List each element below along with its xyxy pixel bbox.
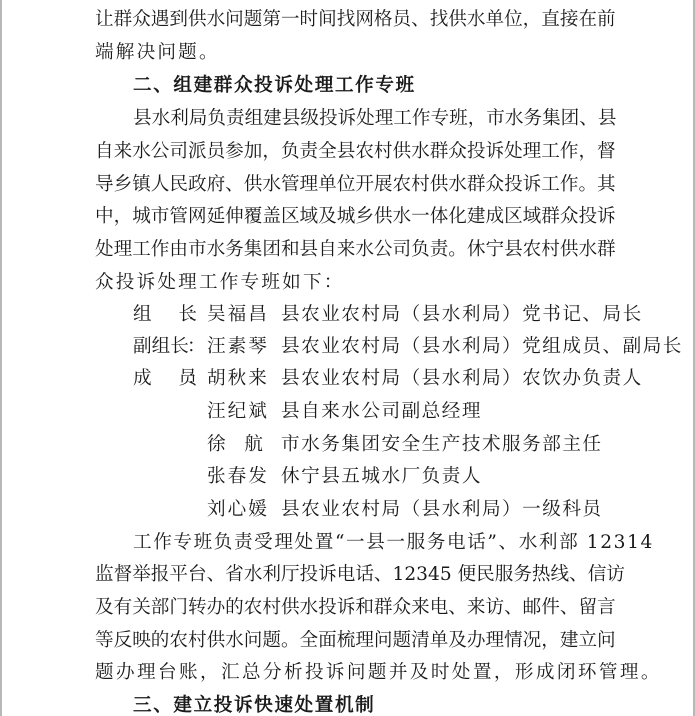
roster-name: 刘心媛 (207, 495, 269, 525)
section-heading-2: 二、组建群众投诉处理工作专班 (133, 71, 416, 101)
roster-name: 汪纪斌 (207, 397, 269, 427)
body-text-line: 众投诉处理工作专班如下： (95, 268, 345, 298)
roster-role-char: 组 (133, 300, 152, 330)
roster-name-char: 航 (244, 430, 263, 460)
roster-title: 县农业农村局（县水利局）党组成员、副局长 (281, 332, 683, 362)
roster-role-char: 成 (133, 364, 152, 394)
roster-colon: ： (187, 364, 206, 394)
body-text-line: 让群众遇到供水问题第一时间找网格员、找供水单位，直接在前 (95, 5, 608, 35)
roster-title: 县自来水公司副总经理 (281, 397, 482, 427)
body-text-line: 县水利局负责组建县级投诉处理工作专班，市水务集团、县 (133, 104, 608, 134)
roster-name: 张春发 (207, 462, 269, 492)
roster-title: 县农业农村局（县水利局）农饮办负责人 (281, 364, 643, 394)
body-text-line: 端解决问题。 (95, 38, 220, 68)
roster-name-char: 徐 (207, 430, 226, 460)
roster-name: 汪素琴 (207, 332, 269, 362)
roster-title: 县农业农村局（县水利局）党书记、局长 (281, 300, 643, 330)
body-text-line: 监督举报平台、省水利厅投诉电话、12345 便民服务热线、信访 (95, 560, 608, 590)
section-heading-3: 三、建立投诉快速处置机制 (133, 691, 375, 716)
document-page: 让群众遇到供水问题第一时间找网格员、找供水单位，直接在前 端解决问题。 二、组建… (0, 0, 695, 716)
roster-name: 胡秋来 (207, 364, 269, 394)
roster-name: 吴福昌 (207, 300, 269, 330)
roster-role-char: 组 (152, 336, 171, 357)
roster-name: 徐 航 (207, 430, 263, 460)
roster-title: 县农业农村局（县水利局）一级科员 (281, 495, 603, 525)
roster-colon: ： (187, 332, 206, 362)
body-text-line: 中，城市管网延伸覆盖区域及城乡供水一体化建成区域群众投诉 (95, 202, 608, 232)
body-text-line: 题办理台账，汇总分析投诉问题并及时处置，形成闭环管理。 (95, 658, 662, 688)
roster-colon: ： (187, 300, 206, 330)
body-text-line: 处理工作由市水务集团和县自来水公司负责。休宁县农村供水群 (95, 235, 608, 265)
body-text-line: 工作专班负责受理处置“一县一服务电话”、水利部 12314 (133, 528, 654, 558)
body-text-line: 自来水公司派员参加，负责全县农村供水群众投诉处理工作，督 (95, 137, 608, 167)
roster-title: 休宁县五城水厂负责人 (281, 462, 482, 492)
body-text-line: 及有关部门转办的农村供水投诉和群众来电、来访、邮件、留言 (95, 593, 608, 623)
body-text-line: 导乡镇人民政府、供水管理单位开展农村供水群众投诉工作。其 (95, 170, 608, 200)
roster-role-char: 副 (133, 336, 152, 357)
roster-title: 市水务集团安全生产技术服务部主任 (281, 430, 603, 460)
body-text-line: 等反映的农村供水问题。全面梳理问题清单及办理情况，建立问 (95, 626, 608, 656)
